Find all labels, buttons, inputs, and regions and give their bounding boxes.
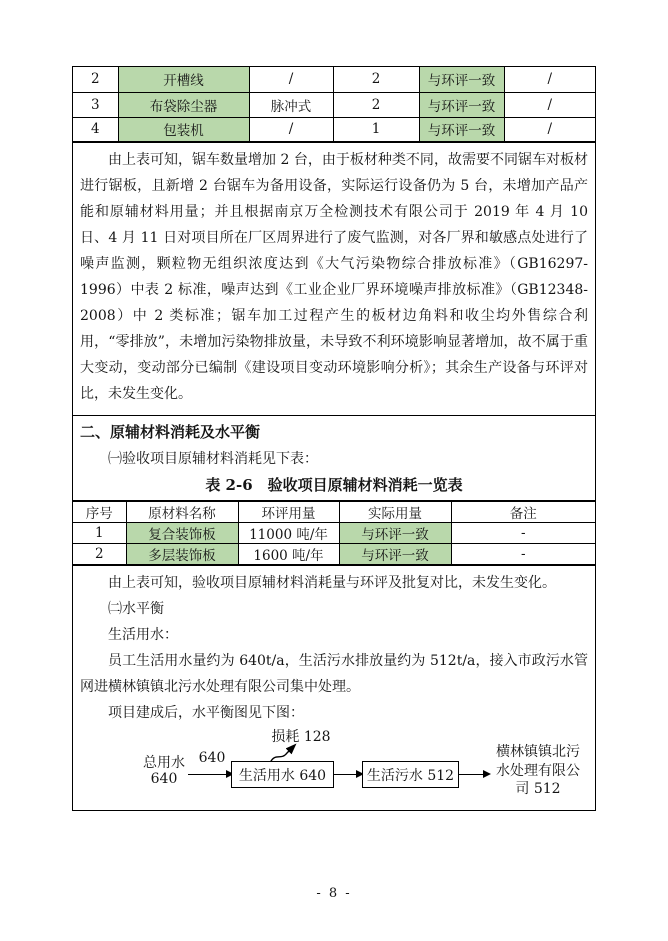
- equipment-table: 2 开槽线 / 2 与环评一致 / 3 布袋除尘器 脉冲式 2 与环评一致 / …: [73, 67, 595, 143]
- table-cell: 1: [73, 523, 126, 544]
- table-cell: 与环评一致: [339, 523, 451, 544]
- table-header-cell: 环评用量: [238, 501, 339, 523]
- document-page: 2 开槽线 / 2 与环评一致 / 3 布袋除尘器 脉冲式 2 与环评一致 / …: [0, 0, 668, 941]
- table-header-cell: 备注: [451, 501, 595, 523]
- sink-label: 横林镇镇北污 水处理有限公 司 512: [488, 743, 588, 799]
- table-cell: 2: [73, 67, 118, 92]
- source-label-line: 640: [135, 771, 193, 787]
- box-domestic-sewage: 生活污水 512: [362, 761, 459, 788]
- table-row: 4 包装机 / 1 与环评一致 /: [73, 117, 595, 142]
- water-balance-subheading: ㈡水平衡: [73, 596, 595, 622]
- page-number: - 8 -: [0, 886, 668, 901]
- source-label-line: 总用水: [135, 755, 193, 771]
- table-cell: 与环评一致: [419, 117, 504, 142]
- table-header-cell: 原材料名称: [126, 501, 238, 523]
- table-cell: 3: [73, 92, 118, 117]
- table-intro-line: ㈠验收项目原辅材料消耗见下表：: [73, 446, 595, 472]
- table-cell: -: [451, 523, 595, 544]
- table-cell: /: [504, 92, 595, 117]
- table-cell: 4: [73, 117, 118, 142]
- page-frame: 2 开槽线 / 2 与环评一致 / 3 布袋除尘器 脉冲式 2 与环评一致 / …: [72, 66, 596, 811]
- flow1-value: 640: [191, 750, 233, 766]
- table-cell: 11000 吨/年: [238, 523, 339, 544]
- sink-label-line: 水处理有限公: [488, 762, 588, 781]
- table-row: 2 多层装饰板 1600 吨/年 与环评一致 -: [73, 544, 595, 566]
- table-cell: 布袋除尘器: [118, 92, 249, 117]
- section-divider: [73, 415, 595, 416]
- after-table-note: 由上表可知，验收项目原辅材料消耗量与环评及批复对比，未发生变化。: [73, 570, 595, 596]
- table-header-row: 序号 原材料名称 环评用量 实际用量 备注: [73, 501, 595, 523]
- table-row: 2 开槽线 / 2 与环评一致 /: [73, 67, 595, 92]
- diagram-intro-line: 项目建成后，水平衡图见下图：: [73, 700, 595, 726]
- sink-label-line: 横林镇镇北污: [488, 743, 588, 762]
- table-header-cell: 序号: [73, 501, 126, 523]
- sink-label-line: 司 512: [488, 780, 588, 799]
- table-row: 3 布袋除尘器 脉冲式 2 与环评一致 /: [73, 92, 595, 117]
- section-heading: 二、原辅材料消耗及水平衡: [73, 419, 595, 446]
- box-domestic-water: 生活用水 640: [231, 761, 334, 788]
- water-usage-paragraph: 员工生活用水量约为 640t/a，生活污水排放量约为 512t/a，接入市政污水…: [73, 648, 595, 700]
- table-cell: 2: [333, 92, 419, 117]
- paragraph-equipment-analysis: 由上表可知，锯车数量增加 2 台，由于板材种类不同，故需要不同锯车对板材进行锯板…: [73, 147, 595, 407]
- table-cell: 脉冲式: [249, 92, 333, 117]
- table-cell: 与环评一致: [419, 92, 504, 117]
- arrow-box1-to-box2: [334, 774, 362, 775]
- table-cell: 2: [73, 544, 126, 566]
- arrow-box2-to-sink: [459, 774, 489, 775]
- table-cell: /: [504, 117, 595, 142]
- table-cell: /: [504, 67, 595, 92]
- domestic-water-label: 生活用水：: [73, 622, 595, 648]
- table-cell: 包装机: [118, 117, 249, 142]
- arrow-source-to-box1: [188, 774, 232, 775]
- table-cell: /: [249, 67, 333, 92]
- table-cell: 复合装饰板: [126, 523, 238, 544]
- table-cell: 多层装饰板: [126, 544, 238, 566]
- table-cell: 与环评一致: [419, 67, 504, 92]
- table-cell: -: [451, 544, 595, 566]
- table-cell: 1: [333, 117, 419, 142]
- table-cell: /: [249, 117, 333, 142]
- table-header-cell: 实际用量: [339, 501, 451, 523]
- table-cell: 开槽线: [118, 67, 249, 92]
- table-cell: 2: [333, 67, 419, 92]
- water-balance-diagram: 损耗 128 总用水 640 640 生活用水 640 生活污水 512: [73, 728, 595, 811]
- table-2-6-caption: 表 2-6 验收项目原辅材料消耗一览表: [73, 473, 595, 498]
- material-table: 序号 原材料名称 环评用量 实际用量 备注 1 复合装饰板 11000 吨/年 …: [73, 500, 595, 566]
- source-label: 总用水 640: [135, 755, 193, 787]
- table-row: 1 复合装饰板 11000 吨/年 与环评一致 -: [73, 523, 595, 544]
- table-cell: 与环评一致: [339, 544, 451, 566]
- table-cell: 1600 吨/年: [238, 544, 339, 566]
